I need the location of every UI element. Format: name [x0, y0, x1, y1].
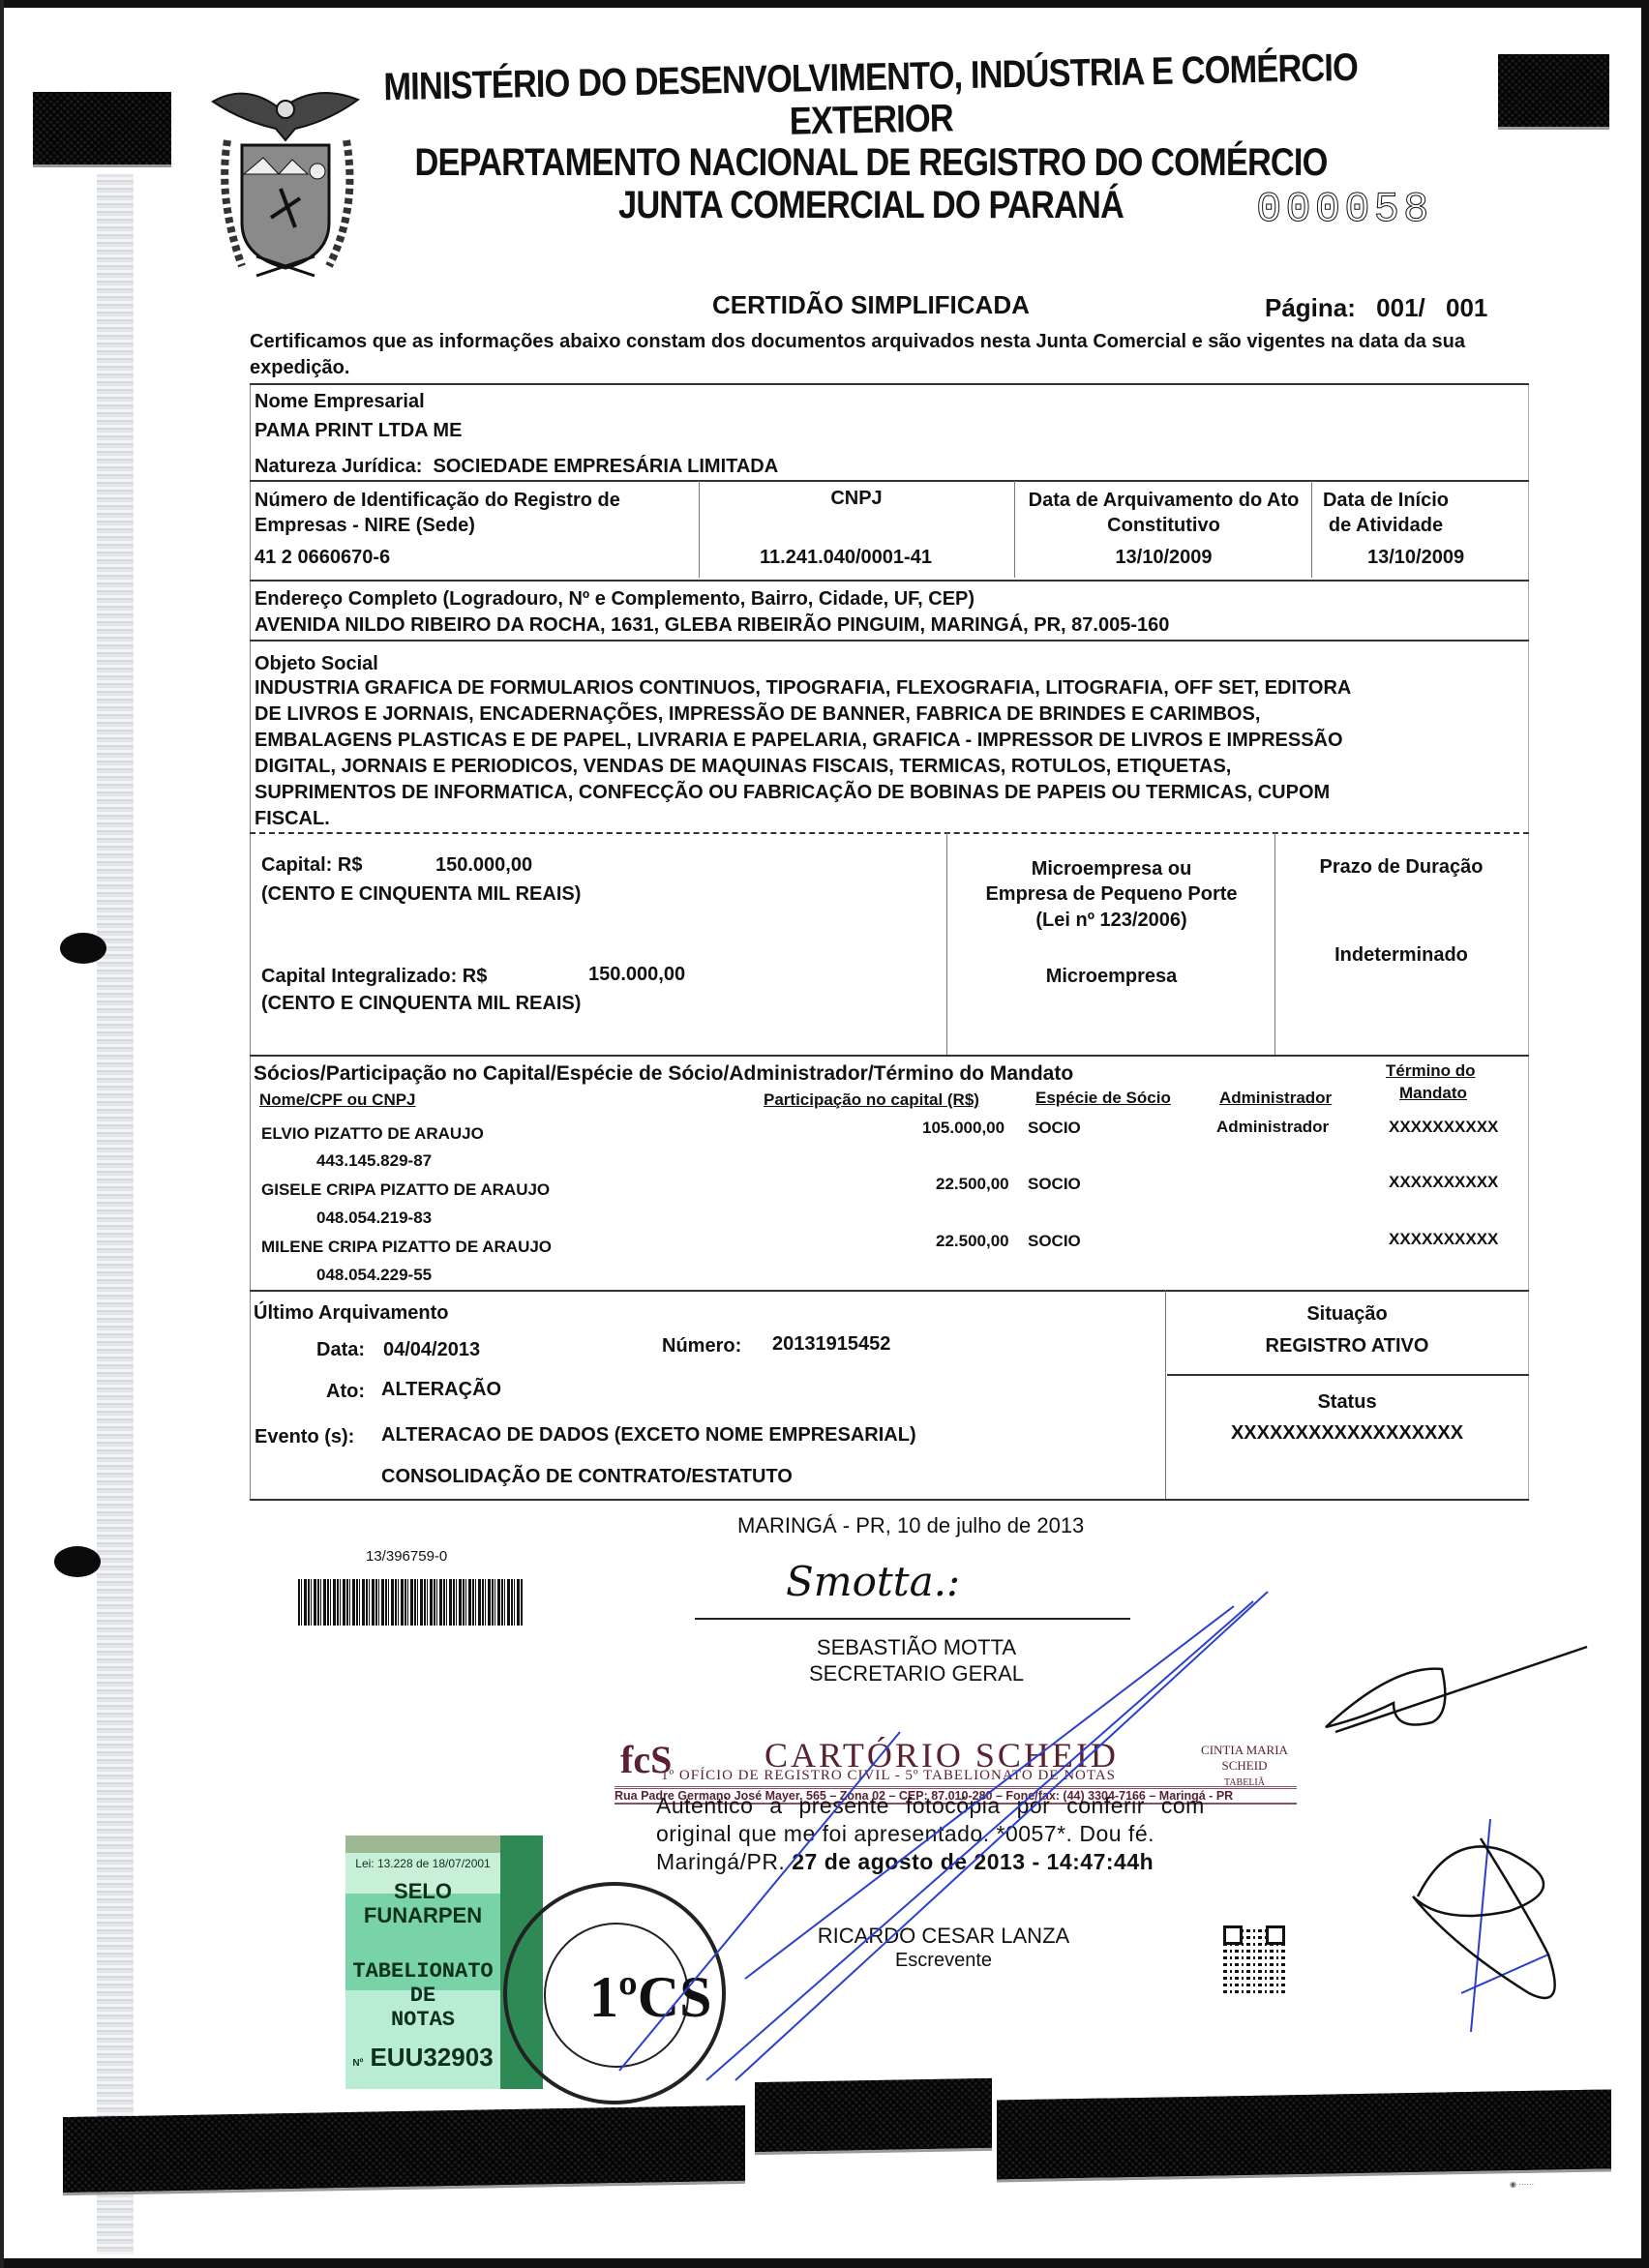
archive-date-value: 13/10/2009 [1016, 547, 1311, 569]
last-filing-number: 20131915452 [772, 1333, 890, 1356]
last-filing-events-label: Evento (s): [255, 1426, 354, 1448]
partner-type: SOCIO [1028, 1119, 1081, 1138]
printer-mark: ◉ ······ [1510, 2180, 1534, 2189]
certificate-title: CERTIDÃO SIMPLIFICADA [712, 290, 1030, 320]
object-line: EMBALAGENS PLASTICAS E DE PAPEL, LIVRARI… [255, 730, 1343, 752]
address-label: Endereço Completo (Logradouro, Nº e Comp… [255, 588, 974, 611]
notary-letterhead: fcS CARTÓRIO SCHEID 1º OFÍCIO DE REGISTR… [615, 1737, 1292, 1795]
address-value: AVENIDA NILDO RIBEIRO DA ROCHA, 1631, GL… [255, 614, 1169, 637]
partner-name: GISELE CRIPA PIZATTO DE ARAUJO [261, 1180, 550, 1200]
partner-term: XXXXXXXXXX [1389, 1230, 1498, 1249]
seal-code-prefix: Nº [352, 2058, 363, 2069]
divider [1014, 481, 1015, 578]
partner-cpf: 048.054.229-55 [316, 1266, 432, 1285]
capital-words: (CENTO E CINQUENTA MIL REAIS) [261, 883, 581, 906]
rubric-signature-icon [1326, 1647, 1587, 1998]
page-indicator: Página: 001/ 001 [1265, 293, 1487, 323]
microenterprise-law: (Lei nº 123/2006) [948, 910, 1274, 932]
auth-date-line: Maringá/PR. 27 de agosto de 2013 - 14:47… [656, 1848, 1205, 1876]
scan-border-bottom [0, 2258, 1649, 2268]
partner-share: 22.500,00 [936, 1232, 1009, 1251]
board-name: JUNTA COMERCIAL DO PARANÁ [372, 184, 1370, 226]
situation-label: Situação [1167, 1303, 1527, 1326]
notary-subtitle: 1º OFÍCIO DE REGISTRO CIVIL - 5º TABELIO… [661, 1768, 1116, 1784]
divider [1167, 1374, 1529, 1376]
cnpj-label: CNPJ [699, 488, 1014, 510]
barcode-number: 13/396759-0 [366, 1548, 447, 1565]
barcode-icon [298, 1579, 523, 1626]
object-line: SUPRIMENTOS DE INFORMATICA, CONFECÇÃO OU… [255, 782, 1330, 804]
notary-owner: CINTIA MARIA SCHEID TABELIÃ [1197, 1743, 1292, 1789]
partners-header-term: Mandato [1399, 1084, 1467, 1103]
paid-capital-value: 150.000,00 [588, 964, 685, 986]
ministry-name: MINISTÉRIO DO DESENVOLVIMENTO, INDÚSTRIA… [371, 46, 1370, 152]
paid-capital-words: (CENTO E CINQUENTA MIL REAIS) [261, 993, 581, 1015]
partner-cpf: 443.145.829-87 [316, 1151, 432, 1171]
last-filing-date: 04/04/2013 [383, 1339, 480, 1361]
partner-type: SOCIO [1028, 1232, 1081, 1251]
divider [250, 480, 1529, 482]
punch-hole-icon [60, 933, 106, 964]
seal-line: DE [345, 1984, 500, 2008]
partner-name: ELVIO PIZATTO DE ARAUJO [261, 1124, 484, 1144]
auth-place: Maringá/PR. [656, 1849, 785, 1874]
divider [250, 640, 1529, 642]
status-value: XXXXXXXXXXXXXXXXXX [1167, 1422, 1527, 1445]
partner-type: SOCIO [1028, 1175, 1081, 1194]
signature-line [695, 1618, 1130, 1620]
last-filing-date-label: Data: [316, 1339, 365, 1361]
notary-owner-name: CINTIA MARIA SCHEID [1201, 1743, 1288, 1773]
signer-name: SEBASTIÃO MOTTA [786, 1635, 1047, 1660]
seal-line: NOTAS [345, 2008, 500, 2032]
security-pattern-top-right [1498, 54, 1609, 130]
object-label: Objeto Social [255, 653, 378, 675]
seal-line: SELO [345, 1879, 500, 1904]
partner-term: XXXXXXXXXX [1389, 1173, 1498, 1192]
signer-title: SECRETARIO GERAL [786, 1661, 1047, 1686]
partners-header-share: Participação no capital (R$) [764, 1090, 979, 1110]
legal-nature-label: Natureza Jurídica: [255, 456, 422, 477]
authentication-text: Autentico a presente fotocópia por confe… [656, 1792, 1205, 1876]
partners-header-name: Nome/CPF ou CNPJ [259, 1090, 416, 1110]
funarpen-seal: Lei: 13.228 de 18/07/2001 SELO FUNARPEN … [345, 1835, 500, 2089]
certificate-intro: Certificamos que as informações abaixo c… [250, 329, 1508, 381]
seal-line: FUNARPEN [345, 1903, 500, 1928]
auth-line: Autentico a presente fotocópia por confe… [656, 1792, 1205, 1820]
divider [250, 383, 1529, 385]
secretary-signature: Smotta.: [786, 1558, 960, 1605]
security-pattern-top-left [33, 92, 171, 167]
divider [250, 832, 1529, 834]
divider [946, 833, 947, 1055]
legal-nature-value: SOCIEDADE EMPRESÁRIA LIMITADA [434, 456, 779, 477]
divider [1274, 833, 1275, 1055]
last-filing-title: Último Arquivamento [254, 1302, 449, 1325]
legal-nature: Natureza Jurídica: SOCIEDADE EMPRESÁRIA … [255, 456, 778, 478]
document-number: 000058 [1256, 186, 1432, 234]
start-date-value: 13/10/2009 [1367, 547, 1464, 569]
divider [250, 580, 1529, 582]
start-date-label: Data de Início de Atividade [1313, 488, 1458, 538]
page-label: Página: [1265, 293, 1356, 322]
security-band-left [63, 2105, 745, 2195]
stamp-core-text: 1ºCS [589, 1964, 712, 2031]
clerk-name: RICARDO CESAR LANZA [803, 1924, 1084, 1949]
qr-code-icon [1223, 1925, 1285, 1993]
seal-law: Lei: 13.228 de 18/07/2001 [345, 1857, 500, 1870]
last-filing-act: ALTERAÇÃO [381, 1379, 501, 1401]
partner-name: MILENE CRIPA PIZATTO DE ARAUJO [261, 1238, 552, 1257]
partner-share: 22.500,00 [936, 1175, 1009, 1194]
auth-datetime: 27 de agosto de 2013 - 14:47:44h [792, 1849, 1154, 1874]
page-value: 001/ 001 [1376, 293, 1487, 322]
divider [1311, 481, 1312, 578]
place-date: MARINGÁ - PR, 10 de julho de 2013 [737, 1513, 1084, 1538]
partners-header-type: Espécie de Sócio [1035, 1089, 1171, 1108]
capital-label: Capital: R$ [261, 854, 362, 877]
partner-share: 105.000,00 [922, 1119, 1004, 1138]
capital-value: 150.000,00 [435, 854, 532, 877]
scan-border-left [0, 0, 4, 2268]
agency-header: MINISTÉRIO DO DESENVOLVIMENTO, INDÚSTRIA… [372, 56, 1370, 226]
clerk-title: Escrevente [803, 1950, 1084, 1972]
scan-noise-strip [97, 174, 134, 2254]
last-filing-act-label: Ato: [326, 1381, 365, 1403]
divider [250, 1290, 1529, 1292]
nire-label: Número de Identificação do Registro de E… [255, 488, 680, 538]
microenterprise-value: Microempresa [948, 966, 1274, 988]
divider [250, 1055, 1529, 1057]
auth-line: original que me foi apresentado. *0057*.… [656, 1820, 1205, 1848]
status-label: Status [1167, 1391, 1527, 1414]
company-name: PAMA PRINT LTDA ME [255, 420, 462, 442]
nire-value: 41 2 0660670-6 [255, 547, 390, 569]
security-band-right [997, 2089, 1611, 2182]
seal-code: Nº EUU32903 [345, 2043, 500, 2073]
last-filing-event: ALTERACAO DE DADOS (EXCETO NOME EMPRESAR… [381, 1424, 916, 1447]
paid-capital-label: Capital Integralizado: R$ [261, 966, 487, 988]
partner-admin: Administrador [1216, 1118, 1329, 1137]
scan-border-top [0, 0, 1649, 8]
punch-hole-icon [54, 1546, 101, 1577]
object-line: DE LIVROS E JORNAIS, ENCADERNAÇÕES, IMPR… [255, 703, 1260, 726]
divider [250, 1499, 1529, 1501]
object-line: INDUSTRIA GRAFICA DE FORMULARIOS CONTINU… [255, 677, 1351, 700]
last-filing-event: CONSOLIDAÇÃO DE CONTRATO/ESTATUTO [381, 1466, 793, 1488]
object-line: FISCAL. [255, 808, 330, 830]
cnpj-value: 11.241.040/0001-41 [760, 547, 932, 569]
microenterprise-label: Microempresa ou [948, 858, 1274, 880]
divider [1165, 1291, 1166, 1499]
last-filing-number-label: Número: [662, 1335, 741, 1358]
company-name-label: Nome Empresarial [255, 391, 425, 413]
partners-header-term: Término do [1386, 1061, 1476, 1081]
partners-header-admin: Administrador [1219, 1089, 1332, 1108]
parana-coat-of-arms-icon [203, 82, 368, 285]
seal-line: TABELIONATO [345, 1959, 500, 1984]
partners-section-title: Sócios/Participação no Capital/Espécie d… [254, 1062, 1073, 1086]
partner-term: XXXXXXXXXX [1389, 1118, 1498, 1137]
partner-cpf: 048.054.219-83 [316, 1209, 432, 1228]
archive-date-label: Data de Arquivamento do Ato Constitutivo [1016, 488, 1311, 538]
microenterprise-label: Empresa de Pequeno Porte [948, 883, 1274, 906]
seal-code-value: EUU32903 [370, 2043, 493, 2072]
duration-value: Indeterminado [1276, 944, 1526, 967]
duration-label: Prazo de Duração [1276, 856, 1526, 879]
object-line: DIGITAL, JORNAIS E PERIODICOS, VENDAS DE… [255, 756, 1231, 778]
situation-value: REGISTRO ATIVO [1167, 1335, 1527, 1358]
scan-border-right [1641, 0, 1649, 2268]
security-band-center [755, 2078, 992, 2155]
